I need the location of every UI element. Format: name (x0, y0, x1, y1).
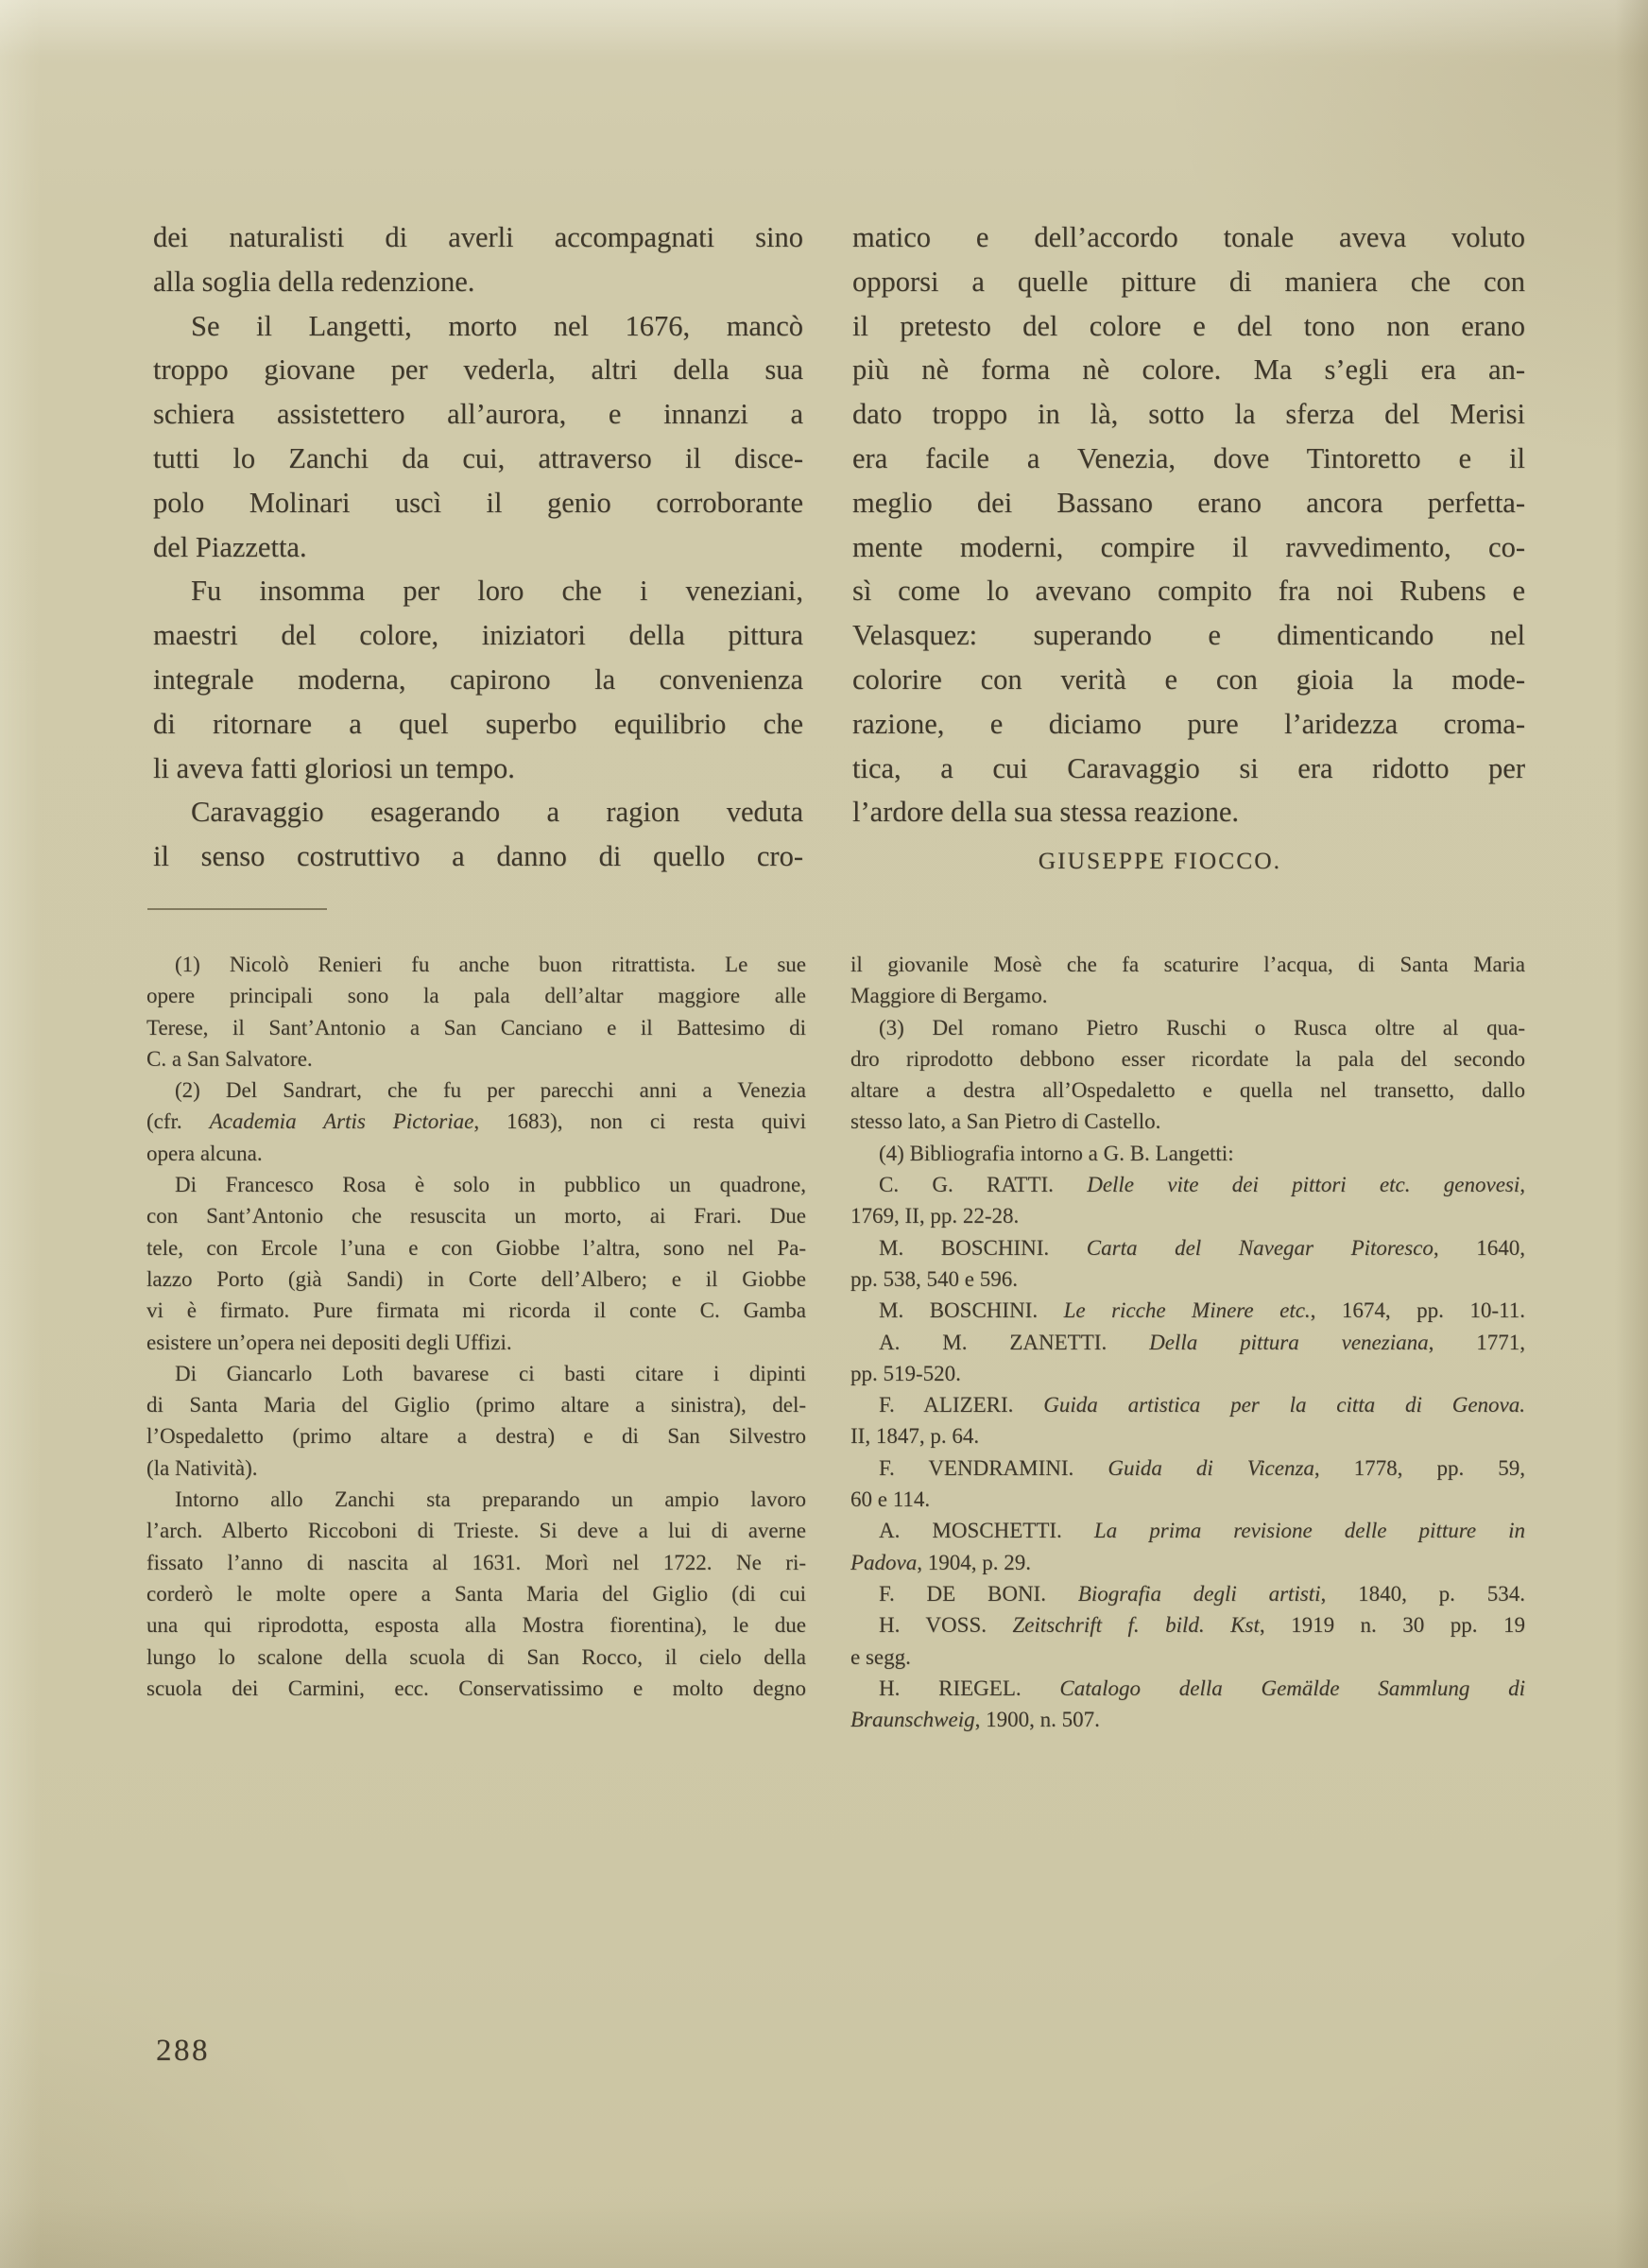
text-line: il senso costruttivo a danno di quello c… (153, 834, 803, 879)
text-line: Braunschweig, 1900, n. 507. (850, 1704, 1525, 1735)
text-line: una qui riprodotta, esposta alla Mostra … (146, 1609, 806, 1641)
text-line: M. BOSCHINI. Le ricche Minere etc., 1674… (850, 1295, 1525, 1326)
text-line: il giovanile Mosè che fa scaturire l’acq… (850, 949, 1525, 980)
text-line: stesso lato, a San Pietro di Castello. (850, 1106, 1525, 1137)
text-line: H. RIEGEL. Catalogo della Gemälde Sammlu… (850, 1673, 1525, 1704)
text-line: più nè forma nè colore. Ma s’egli era an… (852, 348, 1525, 392)
text-line: pp. 538, 540 e 596. (850, 1263, 1525, 1295)
text-line: il pretesto del colore e del tono non er… (852, 304, 1525, 349)
text-line: opere principali sono la pala dell’altar… (146, 980, 806, 1011)
text-line: Maggiore di Bergamo. (850, 980, 1525, 1011)
text-line: lazzo Porto (già Sandi) in Corte dell’Al… (146, 1263, 806, 1295)
text-line: C. a San Salvatore. (146, 1043, 806, 1074)
text-line: tutti lo Zanchi da cui, attraverso il di… (153, 437, 803, 481)
text-line: 60 e 114. (850, 1484, 1525, 1515)
text-line: C. G. RATTI. Delle vite dei pittori etc.… (850, 1169, 1525, 1200)
text-line: l’ardore della sua stessa reazione. (852, 790, 1525, 834)
text-line: opporsi a quelle pitture di maniera che … (852, 260, 1525, 304)
text-line: troppo giovane per vederla, altri della … (153, 348, 803, 392)
text-line: con Sant’Antonio che resuscita un morto,… (146, 1200, 806, 1231)
text-line: alla soglia della redenzione. (153, 260, 803, 304)
text-line: (3) Del romano Pietro Ruschi o Rusca olt… (850, 1012, 1525, 1043)
text-line: F. VENDRAMINI. Guida di Vicenza, 1778, p… (850, 1452, 1525, 1484)
text-line: altare a destra all’Ospedaletto e quella… (850, 1074, 1525, 1106)
text-line: l’Ospedaletto (primo altare a destra) e … (146, 1420, 806, 1452)
text-line: Di Giancarlo Loth bavarese ci basti cita… (146, 1358, 806, 1389)
text-line: Se il Langetti, morto nel 1676, mancò (153, 304, 803, 349)
text-line: sì come lo avevano compito fra noi Ruben… (852, 569, 1525, 613)
text-line: Velasquez: superando e dimenticando nel (852, 613, 1525, 658)
text-line: di ritornare a quel superbo equilibrio c… (153, 702, 803, 747)
text-line: A. MOSCHETTI. La prima revisione delle p… (850, 1515, 1525, 1546)
author-signature: GIUSEPPE FIOCCO. (852, 847, 1525, 875)
footnote-divider-rule (147, 908, 327, 910)
text-line: pp. 519-520. (850, 1358, 1525, 1389)
text-line: mente moderni, compire il ravvedimento, … (852, 525, 1525, 570)
text-line: Di Francesco Rosa è solo in pubblico un … (146, 1169, 806, 1200)
text-line: corderò le molte opere a Santa Maria del… (146, 1578, 806, 1609)
main-text-right-column: matico e dell’accordo tonale aveva volut… (852, 215, 1525, 834)
text-line: dei naturalisti di averli accompagnati s… (153, 215, 803, 260)
text-line: colorire con verità e con gioia la mode- (852, 658, 1525, 702)
text-line: Terese, il Sant’Antonio a San Canciano e… (146, 1012, 806, 1043)
text-line: (1) Nicolò Renieri fu anche buon ritratt… (146, 949, 806, 980)
text-line: schiera assistettero all’aurora, e innan… (153, 392, 803, 437)
footnotes-left-column: (1) Nicolò Renieri fu anche buon ritratt… (146, 949, 806, 1704)
text-line: esistere un’opera nei depositi degli Uff… (146, 1327, 806, 1358)
text-line: maestri del colore, iniziatori della pit… (153, 613, 803, 658)
text-line: lungo lo scalone della scuola di San Roc… (146, 1641, 806, 1673)
page-number: 288 (156, 2034, 210, 2069)
text-line: Padova, 1904, p. 29. (850, 1547, 1525, 1578)
text-line: e segg. (850, 1641, 1525, 1673)
text-line: (4) Bibliografia intorno a G. B. Langett… (850, 1138, 1525, 1169)
text-line: di Santa Maria del Giglio (primo altare … (146, 1389, 806, 1420)
main-text-left-column: dei naturalisti di averli accompagnati s… (153, 215, 803, 879)
text-line: II, 1847, p. 64. (850, 1420, 1525, 1452)
book-page-scan: dei naturalisti di averli accompagnati s… (0, 0, 1648, 2268)
text-line: scuola dei Carmini, ecc. Conservatissimo… (146, 1673, 806, 1704)
text-line: polo Molinari uscì il genio corroborante (153, 481, 803, 525)
text-line: (la Natività). (146, 1452, 806, 1484)
text-line: l’arch. Alberto Riccoboni di Trieste. Si… (146, 1515, 806, 1546)
text-line: Fu insomma per loro che i veneziani, (153, 569, 803, 613)
text-line: razione, e diciamo pure l’aridezza croma… (852, 702, 1525, 747)
text-line: vi è firmato. Pure firmata mi ricorda il… (146, 1295, 806, 1326)
text-line: (cfr. Academia Artis Pictoriae, 1683), n… (146, 1106, 806, 1137)
text-line: Caravaggio esagerando a ragion veduta (153, 790, 803, 834)
text-line: F. ALIZERI. Guida artistica per la citta… (850, 1389, 1525, 1420)
text-line: opera alcuna. (146, 1138, 806, 1169)
text-line: 1769, II, pp. 22-28. (850, 1200, 1525, 1231)
text-line: li aveva fatti gloriosi un tempo. (153, 747, 803, 791)
text-line: matico e dell’accordo tonale aveva volut… (852, 215, 1525, 260)
text-line: M. BOSCHINI. Carta del Navegar Pitoresco… (850, 1232, 1525, 1263)
text-line: dro riprodotto debbono esser ricordate l… (850, 1043, 1525, 1074)
text-line: tica, a cui Caravaggio si era ridotto pe… (852, 747, 1525, 791)
text-line: integrale moderna, capirono la convenien… (153, 658, 803, 702)
text-line: meglio dei Bassano erano ancora perfetta… (852, 481, 1525, 525)
text-line: Intorno allo Zanchi sta preparando un am… (146, 1484, 806, 1515)
text-line: H. VOSS. Zeitschrift f. bild. Kst, 1919 … (850, 1609, 1525, 1641)
text-line: A. M. ZANETTI. Della pittura veneziana, … (850, 1327, 1525, 1358)
text-line: (2) Del Sandrart, che fu per parecchi an… (146, 1074, 806, 1106)
text-line: del Piazzetta. (153, 525, 803, 570)
footnotes-right-column: il giovanile Mosè che fa scaturire l’acq… (850, 949, 1525, 1735)
text-line: fissato l’anno di nascita al 1631. Morì … (146, 1547, 806, 1578)
text-line: dato troppo in là, sotto la sferza del M… (852, 392, 1525, 437)
text-line: F. DE BONI. Biografia degli artisti, 184… (850, 1578, 1525, 1609)
text-line: tele, con Ercole l’una e con Giobbe l’al… (146, 1232, 806, 1263)
text-line: era facile a Venezia, dove Tintoretto e … (852, 437, 1525, 481)
